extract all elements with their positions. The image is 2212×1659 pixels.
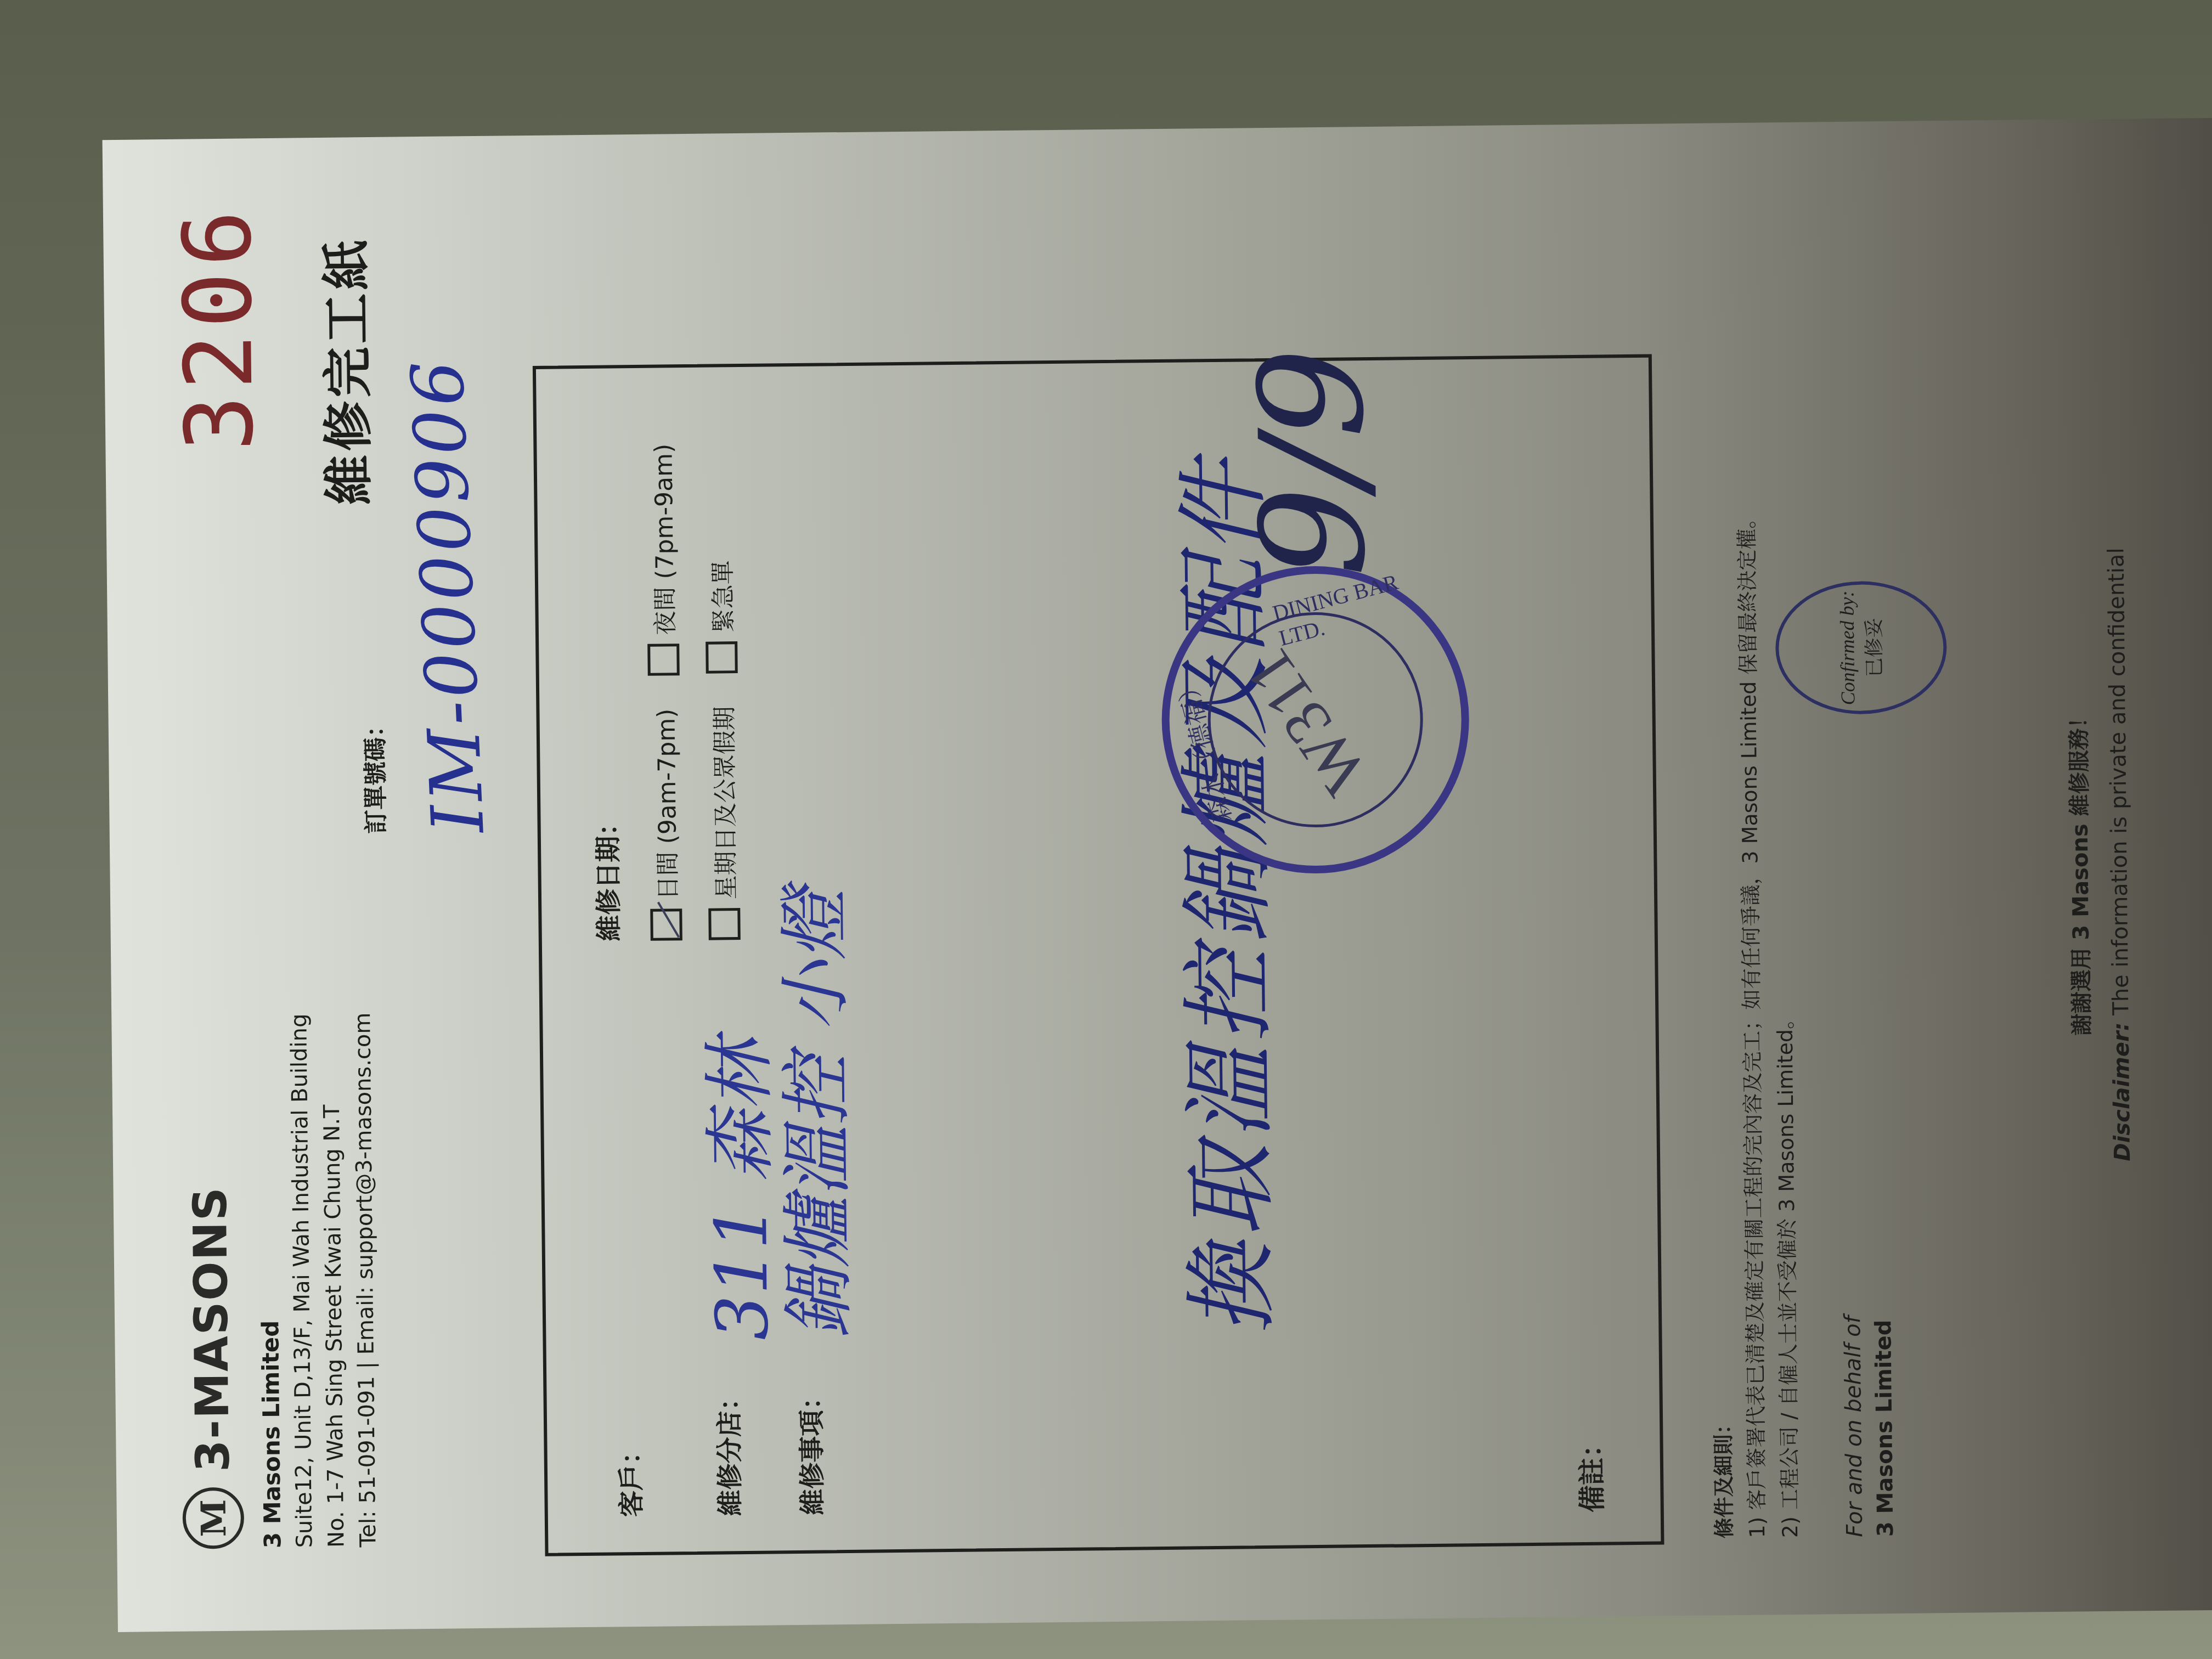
daytime-checkbox[interactable] bbox=[650, 909, 682, 941]
item-value: 鍋爐溫控 小燈 bbox=[758, 888, 865, 1340]
option-sunday-holiday[interactable]: 星期日及公眾假期 bbox=[704, 706, 742, 940]
company-contact: Tel: 51-091-091 | Email: support@3-mason… bbox=[347, 1012, 384, 1547]
address-line-2: No. 1-7 Wah Sing Street Kwai Chung N.T bbox=[315, 1013, 352, 1548]
company-logo: M 3-MASONS bbox=[179, 1186, 245, 1549]
company-info: 3 Masons Limited Suite12, Unit D,13/F, M… bbox=[251, 1012, 384, 1548]
masons-logo-icon: M bbox=[182, 1487, 244, 1549]
branch-label: 維修分店： bbox=[708, 1384, 747, 1516]
repair-completion-form: M 3-MASONS 3 Masons Limited Suite12, Uni… bbox=[103, 117, 2212, 1632]
item-label: 維修事項： bbox=[790, 1383, 830, 1515]
confirmed-stamp: Confirmed by: 已修妥 bbox=[1775, 580, 1948, 715]
repair-date-group: 維修日期： 日間 (9am-7pm) 夜間 (7pm-9am) 星期日及公眾假期… bbox=[583, 443, 742, 941]
logo-text: 3-MASONS bbox=[183, 1186, 240, 1472]
serial-number: 3206 bbox=[163, 205, 275, 452]
disclaimer: Disclaimer: The information is private a… bbox=[2104, 548, 2136, 1161]
company-name: 3 Masons Limited bbox=[251, 1013, 289, 1548]
address-line-1: Suite12, Unit D,13/F, Mai Wah Industrial… bbox=[283, 1013, 320, 1548]
night-checkbox[interactable] bbox=[647, 644, 680, 676]
date-label: 維修日期： bbox=[583, 444, 625, 941]
option-urgent[interactable]: 緊急單 bbox=[703, 560, 740, 674]
order-number-label: 訂單號碼： bbox=[355, 713, 391, 834]
remarks-label: 備註： bbox=[1570, 1430, 1610, 1513]
confirmed-by-label: Confirmed by: bbox=[1835, 590, 1859, 705]
behalf-signature: For and on behalf of 3 Masons Limited bbox=[1837, 1315, 1901, 1537]
terms-and-conditions: 條件及細則： 1) 客戶簽署代表已清楚及確定有關工程的完內容及完工；如有任何爭議… bbox=[1694, 221, 1807, 1539]
handwritten-date: 9/9 bbox=[1229, 347, 1397, 578]
disclaimer-label: Disclaimer: bbox=[2109, 1022, 2136, 1161]
urgent-label: 緊急單 bbox=[703, 560, 739, 633]
order-number-value: IM-0000906 bbox=[396, 356, 500, 834]
disclaimer-text: The information is private and confident… bbox=[2104, 548, 2134, 1015]
urgent-checkbox[interactable] bbox=[706, 641, 738, 674]
sunday-holiday-label: 星期日及公眾假期 bbox=[704, 706, 742, 900]
option-daytime[interactable]: 日間 (9am-7pm) bbox=[646, 708, 684, 940]
customer-label: 客戶： bbox=[610, 1438, 648, 1517]
sunday-holiday-checkbox[interactable] bbox=[708, 908, 741, 940]
document-title: 維修完工紙 bbox=[306, 236, 381, 505]
behalf-line-2: 3 Masons Limited bbox=[1868, 1315, 1901, 1537]
behalf-line-1: For and on behalf of bbox=[1837, 1316, 1870, 1537]
night-label: 夜間 (7pm-9am) bbox=[644, 444, 681, 635]
daytime-label: 日間 (9am-7pm) bbox=[646, 708, 684, 900]
confirmed-status: 已修妥 bbox=[1858, 618, 1887, 678]
thank-you-note: 謝謝選用 3 Masons 維修服務！ bbox=[2062, 706, 2096, 1036]
option-night[interactable]: 夜間 (7pm-9am) bbox=[644, 444, 681, 676]
